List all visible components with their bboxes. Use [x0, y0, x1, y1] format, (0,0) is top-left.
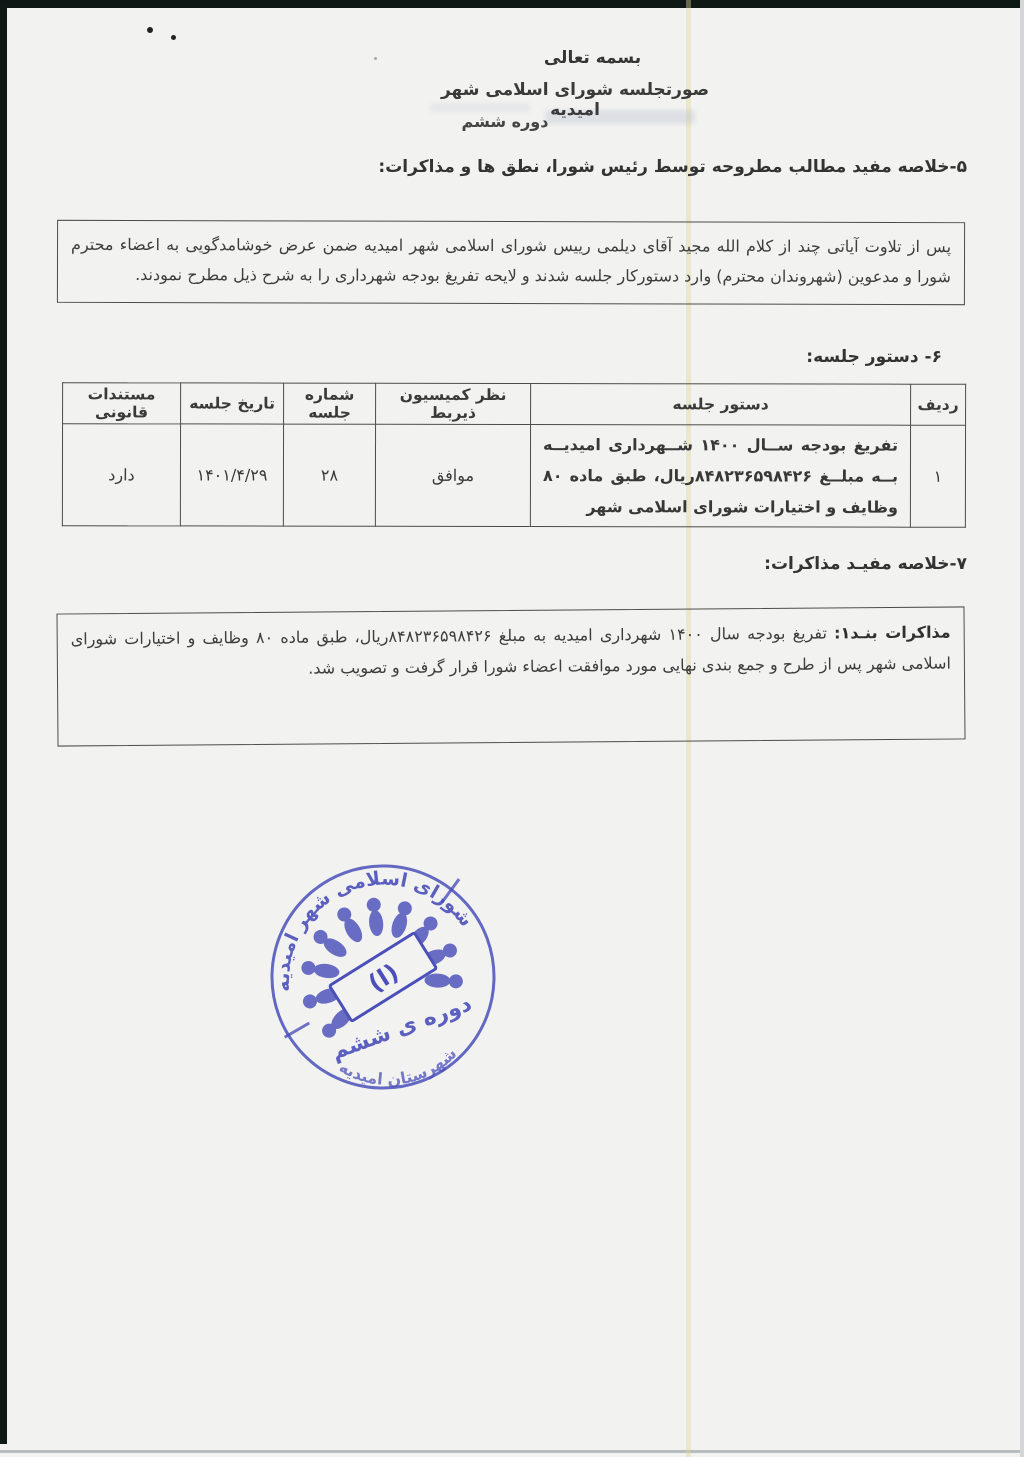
cell-agenda-item: تفریغ بودجه ســال ۱۴۰۰ شــهرداری امیدیــ… [530, 425, 910, 528]
scan-edge-left [0, 6, 7, 1444]
ink-speck [171, 35, 176, 40]
agenda-table-header-row: ردیف دستور جلسه نظر کمیسیون ذیربط شماره … [63, 383, 966, 426]
cell-commission-opinion: موافق [375, 424, 530, 526]
bismillah-line: بسمه تعالی [460, 48, 725, 68]
section7-body-box: مذاکرات بنـد۱: تفریغ بودجه سال ۱۴۰۰ شهرد… [56, 606, 965, 746]
col-header-session-number: شماره جلسه [284, 383, 376, 424]
scan-edge-bottom [0, 1450, 1024, 1453]
agenda-table: ردیف دستور جلسه نظر کمیسیون ذیربط شماره … [62, 382, 966, 528]
ink-speck [374, 57, 377, 60]
scan-edge-right [1020, 0, 1024, 1457]
section5-heading: ۵-خلاصه مفید مطالب مطروحه توسط رئیس شورا… [378, 157, 967, 177]
scan-edge-top [0, 0, 1024, 8]
agenda-table-row: ۱ تفریغ بودجه ســال ۱۴۰۰ شــهرداری امیدی… [62, 424, 965, 528]
section7-clause-label: مذاکرات بنـد۱: [834, 623, 951, 643]
cell-legal-docs: دارد [62, 424, 180, 526]
cell-session-number: ۲۸ [283, 424, 375, 526]
col-header-commission-opinion: نظر کمیسیون ذیربط [376, 383, 531, 424]
scanned-meeting-minutes-page: بسمه تعالی صورتجلسه شورای اسلامی شهر امی… [0, 0, 1024, 1457]
council-term: دوره ششم [440, 112, 570, 131]
section5-body-box: پس از تلاوت آیاتی چند از کلام الله مجید … [57, 220, 965, 305]
section6-heading: ۶- دستور جلسه: [806, 347, 942, 367]
section7-heading: ۷-خلاصه مفیـد مذاکرات: [764, 554, 967, 574]
col-header-agenda-item: دستور جلسه [531, 384, 911, 426]
cell-session-date: ۱۴۰۱/۴/۲۹ [180, 424, 283, 526]
col-header-row-no: ردیف [911, 384, 966, 425]
cell-row-no: ۱ [910, 425, 965, 527]
col-header-session-date: تاریخ جلسه [181, 383, 284, 424]
col-header-legal-docs: مستندات قانونی [63, 383, 181, 424]
council-stamp: شورای اسلامی شهر امیدیه شهرستان امیدیه [220, 814, 546, 1140]
ink-speck [147, 27, 153, 33]
section7-body-text: تفریغ بودجه سال ۱۴۰۰ شهرداری امیدیه به م… [71, 623, 951, 677]
